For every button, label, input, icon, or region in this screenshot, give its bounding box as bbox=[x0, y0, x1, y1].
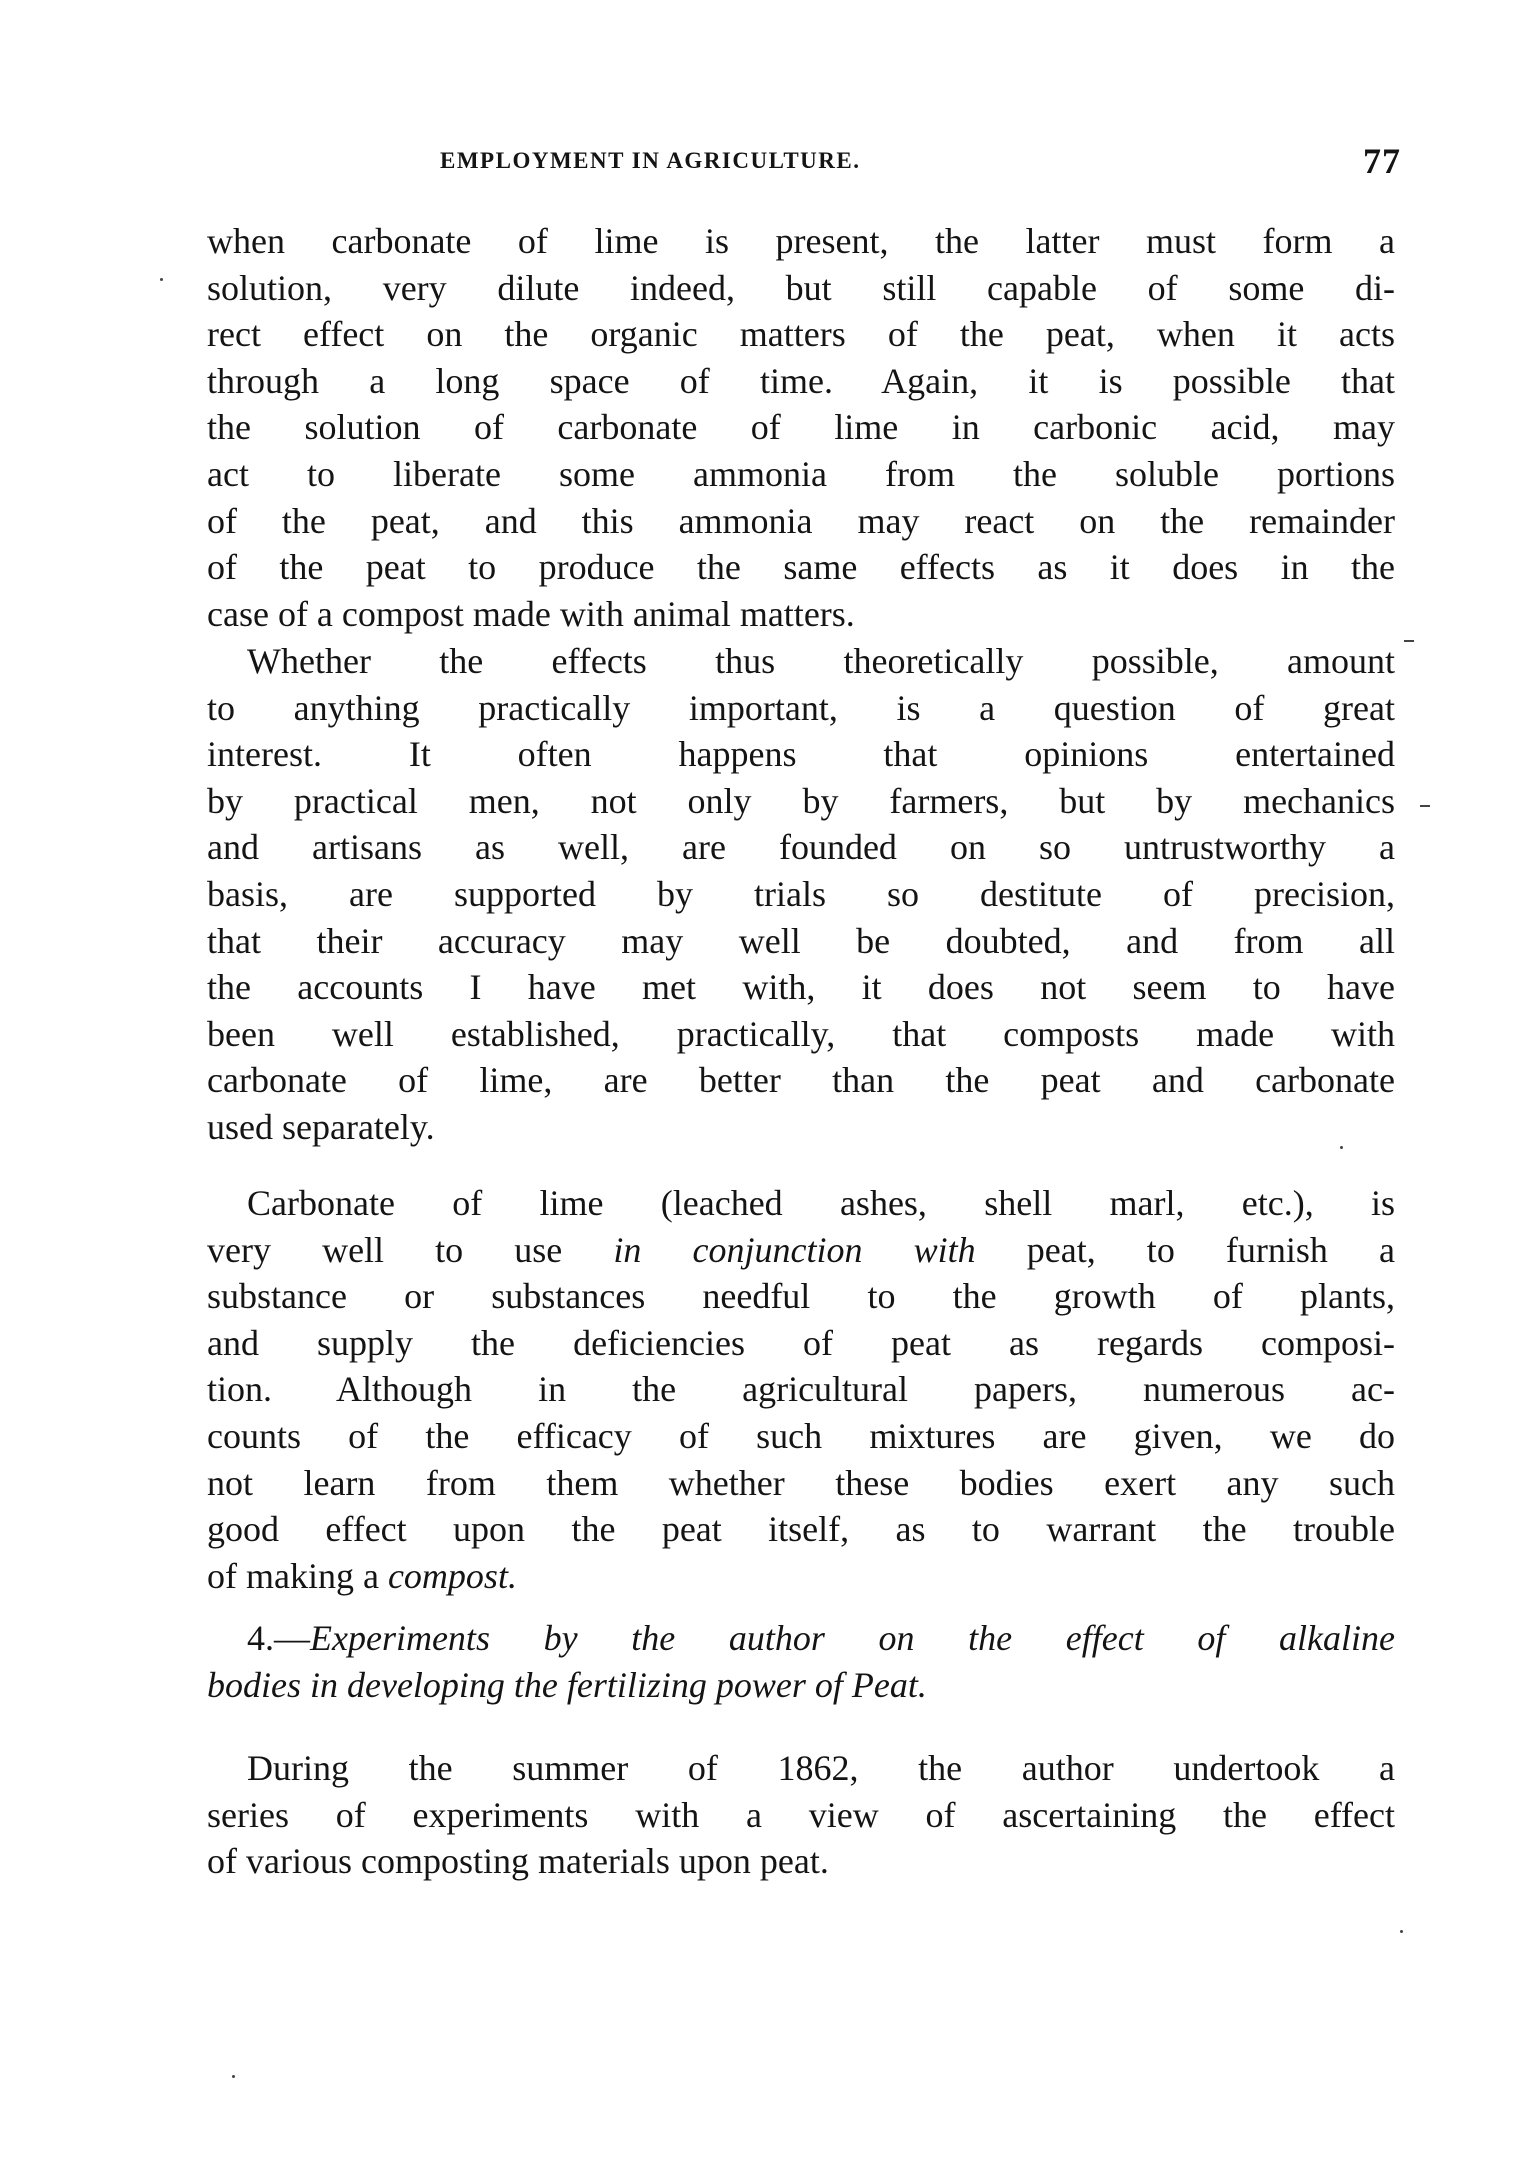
scan-speck bbox=[1400, 1930, 1403, 1933]
text-line: act to liberate some ammonia from the so… bbox=[207, 451, 1395, 498]
text-line: good effect upon the peat itself, as to … bbox=[207, 1506, 1395, 1553]
page-number: 77 bbox=[1363, 140, 1401, 182]
text-run: peat, to furnish a bbox=[976, 1230, 1395, 1270]
scan-speck bbox=[1340, 1146, 1343, 1149]
scan-speck bbox=[232, 2075, 235, 2078]
text-line: case of a compost made with animal matte… bbox=[207, 591, 1395, 638]
text-line: to anything practically important, is a … bbox=[207, 685, 1395, 732]
running-head: EMPLOYMENT IN AGRICULTURE. 77 bbox=[207, 140, 1395, 180]
text-line: solution, very dilute indeed, but still … bbox=[207, 265, 1395, 312]
text-line: been well established, practically, that… bbox=[207, 1011, 1395, 1058]
text-line: substance or substances needful to the g… bbox=[207, 1273, 1395, 1320]
text-line: basis, are supported by trials so destit… bbox=[207, 871, 1395, 918]
text-line: through a long space of time. Again, it … bbox=[207, 358, 1395, 405]
text-line: the accounts I have met with, it does no… bbox=[207, 964, 1395, 1011]
text-run: very well to use bbox=[207, 1230, 613, 1270]
section-heading-text: Experiments by the author on the effect … bbox=[310, 1618, 1395, 1658]
text-line: when carbonate of lime is present, the l… bbox=[207, 218, 1395, 265]
text-line-with-italic: very well to use in conjunction with pea… bbox=[207, 1227, 1395, 1274]
section-number: 4.— bbox=[247, 1618, 310, 1658]
paragraph-during: During the summer of 1862, the author un… bbox=[207, 1745, 1395, 1885]
text-line: Carbonate of lime (leached ashes, shell … bbox=[207, 1180, 1395, 1227]
text-line: of the peat, and this ammonia may react … bbox=[207, 498, 1395, 545]
scan-speck bbox=[160, 278, 163, 281]
text-run: of making a bbox=[207, 1556, 388, 1596]
running-title: EMPLOYMENT IN AGRICULTURE. bbox=[440, 148, 860, 174]
scan-speck bbox=[1404, 640, 1414, 642]
text-line: During the summer of 1862, the author un… bbox=[207, 1745, 1395, 1792]
text-line: series of experiments with a view of asc… bbox=[207, 1792, 1395, 1839]
scan-speck bbox=[1420, 805, 1430, 807]
italic-run: compost. bbox=[388, 1556, 517, 1596]
italic-run: in conjunction with bbox=[613, 1230, 975, 1270]
text-line: Whether the effects thus theoretically p… bbox=[207, 638, 1395, 685]
text-line: interest. It often happens that opinions… bbox=[207, 731, 1395, 778]
text-line: tion. Although in the agricultural paper… bbox=[207, 1366, 1395, 1413]
text-line-with-italic: of making a compost. bbox=[207, 1553, 1395, 1600]
text-line: of various composting materials upon pea… bbox=[207, 1838, 1395, 1885]
paragraph-carbonate: Carbonate of lime (leached ashes, shell … bbox=[207, 1180, 1395, 1599]
text-line: by practical men, not only by farmers, b… bbox=[207, 778, 1395, 825]
text-line: the solution of carbonate of lime in car… bbox=[207, 404, 1395, 451]
section-heading-line: bodies in developing the fertilizing pow… bbox=[207, 1662, 1395, 1709]
book-page: EMPLOYMENT IN AGRICULTURE. 77 when carbo… bbox=[0, 0, 1538, 2176]
text-line: that their accuracy may well be doubted,… bbox=[207, 918, 1395, 965]
text-line: of the peat to produce the same effects … bbox=[207, 544, 1395, 591]
text-line: not learn from them whether these bodies… bbox=[207, 1460, 1395, 1507]
text-line: carbonate of lime, are better than the p… bbox=[207, 1057, 1395, 1104]
text-line: and supply the deficiencies of peat as r… bbox=[207, 1320, 1395, 1367]
paragraph-continuation: when carbonate of lime is present, the l… bbox=[207, 218, 1395, 637]
text-line: counts of the efficacy of such mixtures … bbox=[207, 1413, 1395, 1460]
text-line: used separately. bbox=[207, 1104, 1395, 1151]
section-heading-line: 4.—Experiments by the author on the effe… bbox=[207, 1615, 1395, 1662]
text-line: and artisans as well, are founded on so … bbox=[207, 824, 1395, 871]
text-line: rect effect on the organic matters of th… bbox=[207, 311, 1395, 358]
section-heading: 4.—Experiments by the author on the effe… bbox=[207, 1615, 1395, 1708]
paragraph-whether: Whether the effects thus theoretically p… bbox=[207, 638, 1395, 1151]
